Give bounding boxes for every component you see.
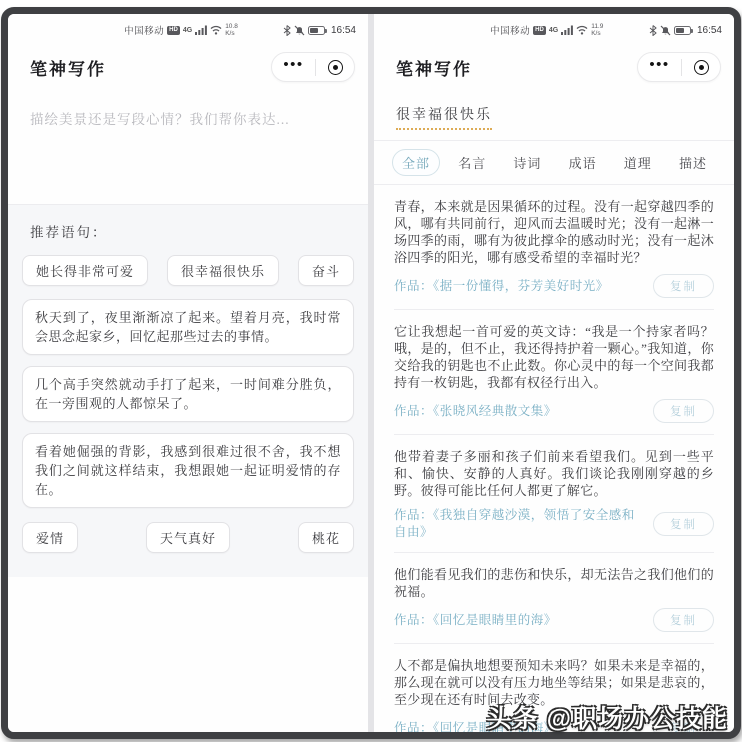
result-item: 他带着妻子多丽和孩子们前来看望我们。见到一些平和、愉快、安静的人真好。我们谈论我… (394, 434, 714, 541)
result-text: 他带着妻子多丽和孩子们前来看望我们。见到一些平和、愉快、安静的人真好。我们谈论我… (394, 448, 714, 499)
source-label: 作品： (394, 721, 433, 733)
app-title: 笔神写作 (30, 55, 106, 80)
results-list: 青春，本来就是因果循环的过程。没有一起穿越四季的风，哪有共同前行，迎风而去温暖时… (374, 185, 734, 732)
capsule-divider (315, 59, 316, 76)
more-menu-button[interactable]: ••• (649, 57, 669, 78)
nav-bar: 笔神写作 ••• (8, 40, 368, 92)
result-item: 它让我想起一首可爱的英文诗：“我是一个持家者吗？哦，是的，但不止，我还得持护着一… (394, 309, 714, 423)
exit-icon (333, 65, 338, 70)
exit-icon (699, 65, 704, 70)
recommend-panel: 推荐语句： 她长得非常可爱 很幸福很快乐 奋斗 秋天到了，夜里渐渐凉了起来。望着… (8, 204, 368, 577)
exit-miniprogram-button[interactable] (328, 60, 343, 75)
suggestion-chip[interactable]: 很幸福很快乐 (167, 255, 279, 286)
network-speed: 10.8 K/s (225, 23, 238, 37)
suggestion-chip-row-top: 她长得非常可爱 很幸福很快乐 奋斗 (22, 255, 354, 286)
nav-bar: 笔神写作 ••• (374, 40, 734, 92)
speed-value: 10.8 (225, 23, 238, 30)
left-screen: 中国移动 HD 4G 10.8 K/s 16:54 (8, 14, 371, 732)
tab-principles[interactable]: 道理 (615, 150, 661, 175)
device-frame: 中国移动 HD 4G 10.8 K/s 16:54 (1, 7, 741, 739)
result-source[interactable]: 作品：《回忆是眼睛里的海》 (394, 612, 653, 629)
suggestion-chip-row-bottom: 爱情 天气真好 桃花 (22, 522, 354, 553)
speed-value: 11.9 (591, 23, 603, 30)
source-title: 《张晓风经典散文集》 (433, 404, 557, 418)
wifi-icon (210, 25, 222, 35)
result-footer: 作品：《据一份懂得，芬芳美好时光》 复制 (394, 274, 714, 298)
network-status-group: 中国移动 HD 4G 11.9 K/s (490, 23, 603, 37)
more-menu-button[interactable]: ••• (283, 57, 303, 78)
miniprogram-capsule: ••• (637, 52, 721, 82)
category-tabs: 全部 名言 诗词 成语 道理 描述 (374, 140, 734, 185)
tab-quotes[interactable]: 名言 (449, 150, 495, 175)
source-label: 作品： (394, 508, 433, 522)
result-footer: 作品：《我独自穿越沙漠，领悟了安全感和自由》 复制 (394, 507, 714, 541)
battery-icon (674, 26, 691, 35)
copy-button[interactable]: 复制 (653, 274, 714, 298)
carrier-label: 中国移动 (490, 23, 530, 37)
status-right-group: 16:54 (283, 25, 356, 36)
suggestion-chip[interactable]: 奋斗 (298, 255, 354, 286)
suggestion-chip[interactable]: 天气真好 (146, 522, 230, 553)
mute-icon (660, 25, 671, 36)
tab-poetry[interactable]: 诗词 (504, 150, 550, 175)
speed-unit: K/s (225, 30, 238, 37)
copy-button[interactable]: 复制 (653, 512, 714, 536)
network-type-label: 4G (183, 27, 192, 34)
tab-idioms[interactable]: 成语 (560, 150, 606, 175)
recommend-label: 推荐语句： (30, 221, 346, 241)
network-status-group: 中国移动 HD 4G 10.8 K/s (124, 23, 238, 37)
screenshot-canvas: 中国移动 HD 4G 10.8 K/s 16:54 (0, 0, 742, 742)
clock: 16:54 (697, 25, 722, 36)
signal-icon (561, 25, 573, 35)
speed-unit: K/s (591, 30, 603, 37)
suggestion-chip[interactable]: 爱情 (22, 522, 78, 553)
app-title: 笔神写作 (396, 55, 472, 80)
result-item: 青春，本来就是因果循环的过程。没有一起穿越四季的风，哪有共同前行，迎风而去温暖时… (394, 185, 714, 298)
status-bar: 中国移动 HD 4G 10.8 K/s 16:54 (8, 14, 368, 40)
tab-all[interactable]: 全部 (392, 149, 440, 176)
suggestion-chip[interactable]: 她长得非常可爱 (22, 255, 148, 286)
mute-icon (294, 25, 305, 36)
bluetooth-icon (283, 25, 291, 36)
suggestion-chip[interactable]: 桃花 (298, 522, 354, 553)
network-type-label: 4G (549, 27, 558, 34)
suggestion-sentence[interactable]: 几个高手突然就动手打了起来，一时间难分胜负，在一旁围观的人都惊呆了。 (22, 366, 354, 422)
exit-miniprogram-button[interactable] (694, 60, 709, 75)
query-row: 很幸福很快乐 (374, 92, 734, 140)
suggestion-sentence[interactable]: 看着她倔强的背影，我感到很难过很不舍，我不想我们之间就这样结束，我想跟她一起证明… (22, 433, 354, 508)
editor-input[interactable]: 描绘美景还是写段心情？我们帮你表达... (8, 92, 368, 204)
network-speed: 11.9 K/s (591, 23, 603, 37)
source-title: 《回忆是眼睛里的海》 (433, 613, 557, 627)
result-source[interactable]: 作品：《据一份懂得，芬芳美好时光》 (394, 278, 653, 295)
miniprogram-capsule: ••• (271, 52, 355, 82)
result-text: 它让我想起一首可爱的英文诗：“我是一个持家者吗？哦，是的，但不止，我还得持护着一… (394, 323, 714, 391)
source-label: 作品： (394, 279, 433, 293)
result-source[interactable]: 作品：《张晓风经典散文集》 (394, 403, 653, 420)
hd-icon: HD (533, 26, 546, 35)
bluetooth-icon (649, 25, 657, 36)
copy-button[interactable]: 复制 (653, 399, 714, 423)
hd-icon: HD (167, 26, 180, 35)
carrier-label: 中国移动 (124, 23, 164, 37)
result-footer: 作品：《回忆是眼睛里的海》 复制 (394, 608, 714, 632)
battery-icon (308, 26, 325, 35)
clock: 16:54 (331, 25, 356, 36)
source-title: 《据一份懂得，芬芳美好时光》 (433, 279, 609, 293)
status-bar: 中国移动 HD 4G 11.9 K/s 16:54 (374, 14, 734, 40)
query-input[interactable]: 很幸福很快乐 (396, 104, 492, 130)
signal-icon (195, 25, 207, 35)
status-right-group: 16:54 (649, 25, 722, 36)
capsule-divider (681, 59, 682, 76)
right-screen: 中国移动 HD 4G 11.9 K/s 16:54 (371, 14, 734, 732)
result-item: 他们能看见我们的悲伤和快乐，却无法告之我们他们的祝福。 作品：《回忆是眼睛里的海… (394, 552, 714, 632)
copy-button[interactable]: 复制 (653, 608, 714, 632)
tab-description[interactable]: 描述 (670, 150, 716, 175)
result-text: 青春，本来就是因果循环的过程。没有一起穿越四季的风，哪有共同前行，迎风而去温暖时… (394, 198, 714, 266)
suggestion-sentence[interactable]: 秋天到了，夜里渐渐凉了起来。望着月亮，我时常会思念起家乡，回忆起那些过去的事情。 (22, 299, 354, 355)
source-label: 作品： (394, 404, 433, 418)
wifi-icon (576, 25, 588, 35)
source-label: 作品： (394, 613, 433, 627)
result-text: 他们能看见我们的悲伤和快乐，却无法告之我们他们的祝福。 (394, 566, 714, 600)
watermark: 头条 @职场办公技能 (487, 699, 728, 735)
result-source[interactable]: 作品：《我独自穿越沙漠，领悟了安全感和自由》 (394, 507, 653, 541)
result-footer: 作品：《张晓风经典散文集》 复制 (394, 399, 714, 423)
